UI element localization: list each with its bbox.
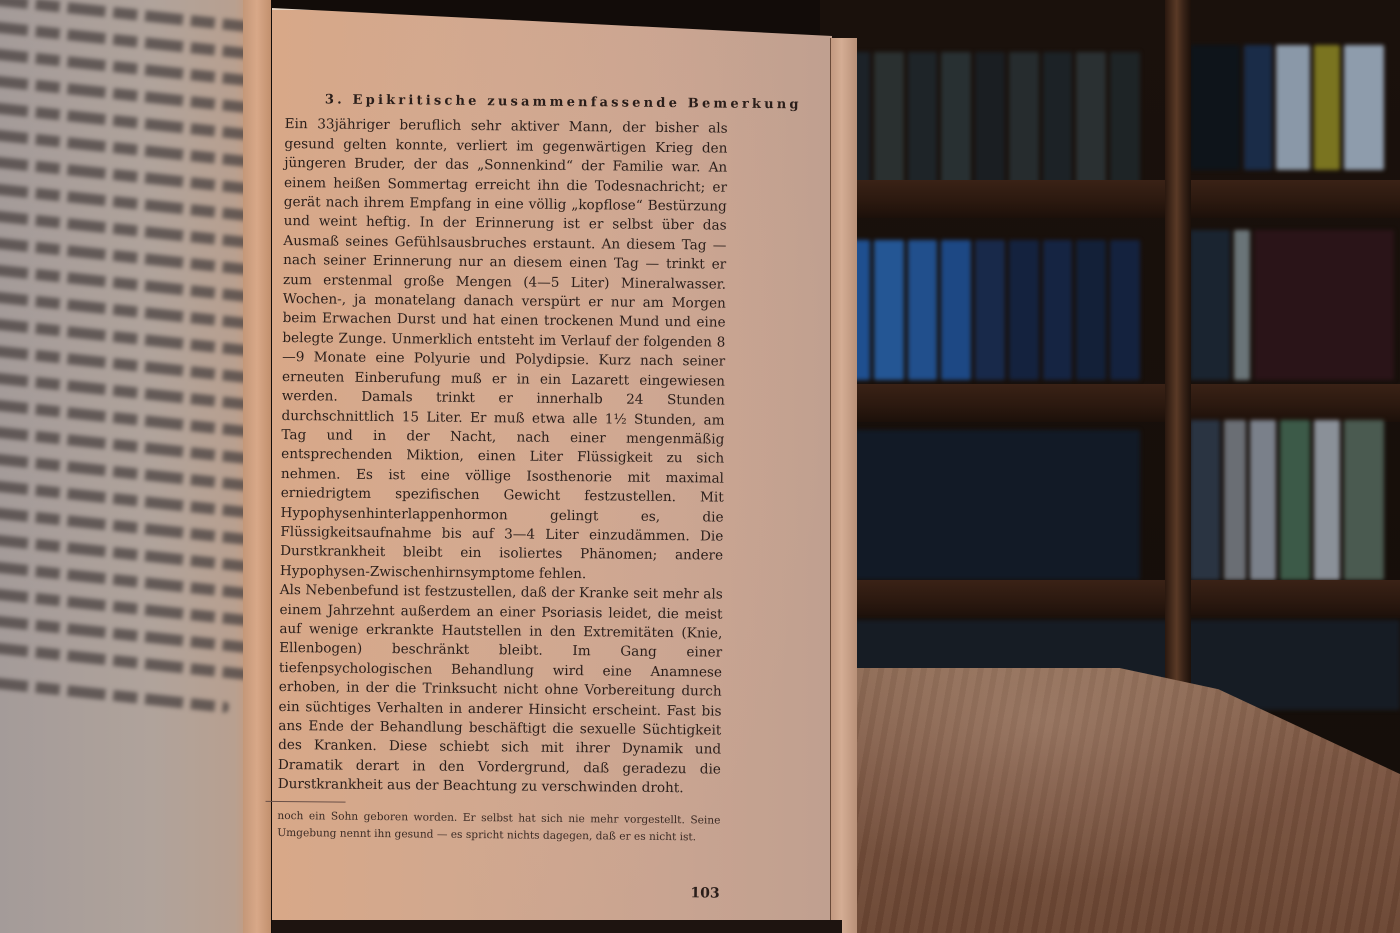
- footnote-divider: [266, 800, 346, 802]
- book-row-lower-right: [1190, 420, 1400, 580]
- page-bottom-shadow: [272, 920, 842, 933]
- book-row-lower: [840, 430, 1140, 580]
- left-page: [0, 0, 255, 933]
- footnote: noch ein Sohn geboren worden. Er selbst …: [277, 808, 720, 847]
- shelf-board: [820, 580, 1400, 618]
- left-page-edge: [243, 0, 271, 933]
- section-heading: 3. Epikritische zusammenfassende Bemerku…: [325, 90, 728, 114]
- left-page-blurred-text: [0, 0, 255, 704]
- body-paragraph: Als Nebenbefund ist festzustellen, daß d…: [278, 581, 723, 799]
- book-row-top-right: [1190, 45, 1400, 170]
- book-row-top: [840, 52, 1140, 187]
- shelf-board: [820, 384, 1400, 422]
- body-paragraph: Ein 33jähriger beruflich sehr aktiver Ma…: [280, 115, 728, 585]
- shelf-board: [820, 180, 1400, 218]
- page-block-edge: [830, 38, 857, 933]
- page-text-block: 3. Epikritische zusammenfassende Bemerku…: [277, 90, 728, 904]
- book-row-middle: [840, 240, 1140, 380]
- book-row-middle-right: [1190, 230, 1400, 380]
